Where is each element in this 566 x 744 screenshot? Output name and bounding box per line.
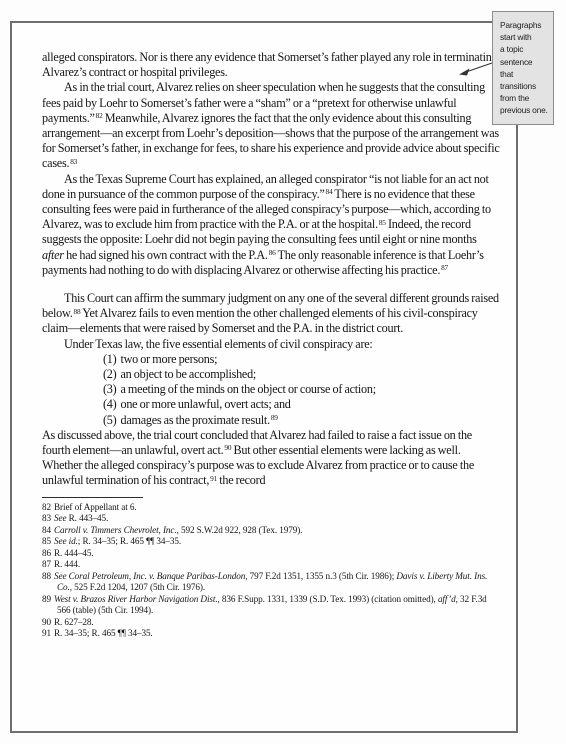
paragraph: This Court can affirm the summary judgme…	[42, 291, 500, 337]
numbered-list: (1)two or more persons; (2)an object to …	[103, 352, 500, 428]
paragraph: Under Texas law, the five essential elem…	[42, 337, 500, 352]
footnote-reference: 88	[74, 307, 81, 316]
footnote-number: 88	[42, 571, 51, 581]
footnote-text: R. 627–28.	[54, 617, 94, 627]
callout-line: that	[500, 68, 549, 80]
footnote-text: Carroll v. Timmers Chevrolet, Inc., 592 …	[54, 525, 302, 535]
list-item: (3)a meeting of the minds on the object …	[103, 382, 500, 397]
footnote: 88See Coral Petroleum, Inc. v. Banque Pa…	[42, 571, 500, 594]
page-body-text: alleged conspirators. Nor is there any e…	[42, 50, 500, 640]
paragraph-continuation: alleged conspirators. Nor is there any e…	[42, 50, 500, 80]
list-item-text: a meeting of the minds on the object or …	[120, 382, 375, 396]
footnote-separator-rule	[42, 497, 143, 498]
footnote-text: See id.; R. 34–35; R. 465 ¶¶ 34–35.	[54, 536, 181, 546]
list-item-marker: (1)	[103, 352, 116, 366]
footnote-text: West v. Brazos River Harbor Navigation D…	[54, 594, 487, 616]
paragraph: As in the trial court, Alvarez relies on…	[42, 80, 500, 171]
callout-line: transitions	[500, 80, 549, 92]
callout-arrow-icon	[454, 57, 496, 83]
footnote-reference: 82	[96, 111, 103, 120]
footnote-text: R. 444–45.	[54, 548, 94, 558]
footnote-text: R. 444.	[54, 559, 80, 569]
footnote-reference: 91	[210, 474, 217, 483]
footnote-number: 84	[42, 525, 51, 535]
footnote: 85See id.; R. 34–35; R. 465 ¶¶ 34–35.	[42, 536, 500, 548]
footnote-block: 82Brief of Appellant at 6. 83See R. 443–…	[42, 497, 500, 640]
list-item-marker: (5)	[103, 413, 116, 427]
screenshot-canvas: { "colors": { "page_border": "#6f6f6f", …	[0, 0, 566, 744]
footnote-reference: 85	[379, 218, 386, 227]
footnote-reference: 90	[224, 443, 231, 452]
callout-line: start with	[500, 31, 549, 43]
list-item: (4)one or more unlawful, overt acts; and	[103, 397, 500, 412]
footnote-reference: 84	[326, 187, 333, 196]
margin-annotation-callout: Paragraphsstart witha topicsentencethatt…	[492, 11, 554, 125]
list-item: (2)an object to be accomplished;	[103, 367, 500, 382]
callout-line: from the	[500, 92, 549, 104]
paragraph: As discussed above, the trial court conc…	[42, 428, 500, 489]
footnote-text: Brief of Appellant at 6.	[54, 502, 137, 512]
list-item-marker: (2)	[103, 367, 116, 381]
footnote-number: 82	[42, 502, 51, 512]
footnote: 90R. 627–28.	[42, 617, 500, 629]
footnote-number: 83	[42, 513, 51, 523]
callout-line: Paragraphs	[500, 19, 549, 31]
footnote-reference: 89	[271, 413, 278, 422]
footnote: 87R. 444.	[42, 559, 500, 571]
footnote-number: 86	[42, 548, 51, 558]
footnote: 89West v. Brazos River Harbor Navigation…	[42, 594, 500, 617]
paragraph: As the Texas Supreme Court has explained…	[42, 172, 500, 278]
document-page: alleged conspirators. Nor is there any e…	[10, 21, 518, 733]
list-item-text: an object to be accomplished;	[120, 367, 256, 381]
footnote-list: 82Brief of Appellant at 6. 83See R. 443–…	[42, 502, 500, 640]
list-item-text: one or more unlawful, overt acts; and	[120, 397, 290, 411]
footnote-number: 89	[42, 594, 51, 604]
footnote: 82Brief of Appellant at 6.	[42, 502, 500, 514]
list-item-marker: (3)	[103, 382, 116, 396]
footnote-text: See Coral Petroleum, Inc. v. Banque Pari…	[54, 571, 487, 593]
footnote-number: 85	[42, 536, 51, 546]
footnote-number: 91	[42, 628, 51, 638]
footnote-reference: 83	[70, 157, 77, 166]
footnote: 83See R. 443–45.	[42, 513, 500, 525]
footnote-reference: 86	[269, 248, 276, 257]
callout-line: previous one.	[500, 104, 549, 116]
list-item-marker: (4)	[103, 397, 116, 411]
footnote-text: R. 34–35; R. 465 ¶¶ 34–35.	[54, 628, 153, 638]
callout-line: sentence	[500, 56, 549, 68]
list-item-text: two or more persons;	[120, 352, 217, 366]
footnote-number: 90	[42, 617, 51, 627]
footnote-number: 87	[42, 559, 51, 569]
footnote: 86R. 444–45.	[42, 548, 500, 560]
footnote-text: See R. 443–45.	[54, 513, 108, 523]
list-item-text: damages as the proximate result.89	[120, 413, 277, 427]
footnote: 84Carroll v. Timmers Chevrolet, Inc., 59…	[42, 525, 500, 537]
footnote-reference: 87	[441, 263, 448, 272]
footnote: 91R. 34–35; R. 465 ¶¶ 34–35.	[42, 628, 500, 640]
list-item: (5)damages as the proximate result.89	[103, 413, 500, 428]
list-item: (1)two or more persons;	[103, 352, 500, 367]
callout-line: a topic	[500, 43, 549, 55]
